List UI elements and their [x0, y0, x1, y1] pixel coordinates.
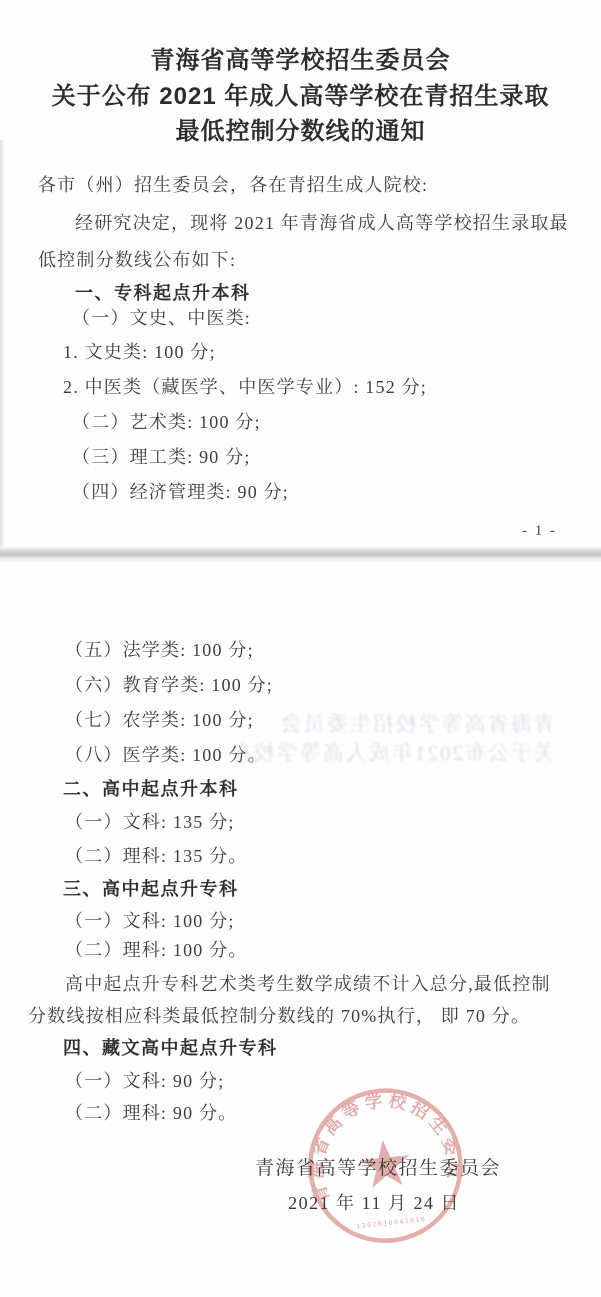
section-4-heading: 四、藏文高中起点升专科 — [63, 1037, 278, 1059]
scanned-notice-document: 青海省高等学校招生委员会 关于公布 2021 年成人高等学校在青招生录取 最低控… — [0, 0, 601, 1297]
watermark-line-1: 青海省高等学校招生委员会 — [235, 710, 555, 739]
bleedthrough-watermark: 青海省高等学校招生委员会 关于公布2021年成人高等学校在青招生录取 — [235, 710, 555, 768]
section-3-heading: 三、高中起点升专科 — [63, 878, 239, 900]
item-yishu-score: （二）艺术类: 100 分; — [72, 411, 261, 433]
s4-like-score: （二）理科: 90 分。 — [65, 1102, 237, 1124]
item-ligong-score: （三）理工类: 90 分; — [72, 446, 251, 468]
s2-like-score: （二）理科: 135 分。 — [65, 845, 248, 867]
item-nongxue-score: （七）农学类: 100 分; — [65, 709, 254, 731]
item-faxue-score: （五）法学类: 100 分; — [65, 639, 254, 661]
s4-wenke-score: （一）文科: 90 分; — [65, 1070, 224, 1092]
item-wenshi-score: 1. 文史类: 100 分; — [63, 341, 216, 363]
section-2-heading: 二、高中起点升本科 — [63, 778, 239, 800]
item-yixue-score: （八）医学类: 100 分。 — [65, 744, 267, 766]
signature-date: 2021 年 11 月 24 日 — [288, 1189, 460, 1215]
watermark-line-2: 关于公布2021年成人高等学校在青招生录取 — [235, 739, 555, 768]
s3-wenke-score: （一）文科: 100 分; — [65, 910, 235, 932]
s2-wenke-score: （一）文科: 135 分; — [65, 811, 235, 833]
item-wenshi-zhongyi-group: （一）文史、中医类: — [72, 307, 251, 329]
notice-title-line-2: 关于公布 2021 年成人高等学校在青招生录取 — [0, 76, 601, 111]
intro-line-1: 经研究决定，现将 2021 年青海省成人高等学校招生录取最 — [75, 212, 569, 234]
page-number: - 1 - — [522, 523, 557, 540]
seal-code: 1302010041010 — [356, 1215, 427, 1230]
svg-text:青海省高等学校招生委员会: 青海省高等学校招生委员会 — [295, 1075, 468, 1208]
page-1: 青海省高等学校招生委员会 关于公布 2021 年成人高等学校在青招生录取 最低控… — [0, 0, 601, 546]
item-jiaoyu-score: （六）教育学类: 100 分; — [65, 674, 273, 696]
intro-line-2: 低控制分数线公布如下: — [38, 249, 236, 271]
item-zhongyi-score: 2. 中医类（藏医学、中医学专业）: 152 分; — [63, 376, 427, 398]
notice-title-line-3: 最低控制分数线的通知 — [0, 111, 601, 146]
page-divider — [0, 546, 601, 562]
signature-committee: 青海省高等学校招生委员会 — [255, 1153, 501, 1180]
note-line-2: 分数线按相应科类最低控制分数线的 70%执行， 即 70 分。 — [28, 1005, 530, 1027]
seal-arc-text: 青海省高等学校招生委员会 — [295, 1075, 468, 1208]
section-1-heading: 一、专科起点升本科 — [75, 282, 251, 304]
notice-title-line-1: 青海省高等学校招生委员会 — [0, 40, 601, 75]
note-line-1: 高中起点升专科艺术类考生数学成绩不计入总分,最低控制 — [65, 973, 551, 995]
s3-like-score: （二）理科: 100 分。 — [65, 939, 248, 961]
salutation: 各市（州）招生委员会，各在青招生成人院校: — [38, 174, 428, 196]
item-jingguan-score: （四）经济管理类: 90 分; — [72, 481, 289, 503]
